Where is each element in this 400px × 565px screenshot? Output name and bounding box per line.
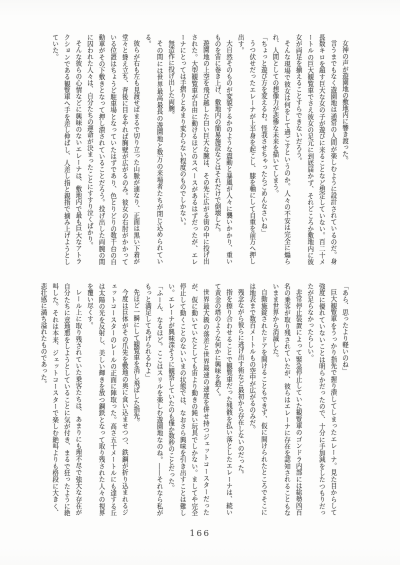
page-number: 166 <box>0 529 400 539</box>
paragraph: 女神の声が遊園地の敷地内に響き渡った。 <box>338 34 350 265</box>
paragraph: 非常停止装置によって緊急停止していた観覧車のゴンドラ内部には総勢四百名の乗客が取… <box>269 283 304 516</box>
paragraph: レール上に取り残されていた乗客たちは、あまりにも理不尽で強大な存在が自分たちに意… <box>37 283 83 516</box>
paragraph: 今度は巨体がその爪先を敷地の奥に食い込ませつつ、鉄鋼が折り込まれるジェットコース… <box>83 283 129 516</box>
paragraph: 大自然そのものが変貌するかのような震動と暴風が人々に襲いかかり、重いものを宙に巻… <box>211 34 234 265</box>
text-block-lower: 「あら、思ったより軽いのね」巨大観覧車をうっかり指先で握り潰してしまったエレーナ… <box>34 283 350 516</box>
paragraph: そんな彼らの心情などに興味のないエレーナは、敷地内で最も巨大なアトラクションであ… <box>49 34 84 265</box>
paragraph: 残念ながら彼らに逃げ出す術など最初から存在しないのだった。 <box>234 283 246 516</box>
paragraph: 遊園地の上空を飛び越した白い巨大な腕は、その先に広がる街の中に投げ出された。大型… <box>176 34 211 265</box>
dialogue-paragraph: 「ちょっと遊び方を変えるわ。怪我させちゃったらごめんなさいね」 <box>257 34 269 265</box>
paragraph: そんな現場で彼女は何をして過ごすというのか。人々の不安は完全に煽られ、人間として… <box>269 34 292 265</box>
dialogue-paragraph: 「ふーん、なるほど。ここはスリルを楽しむ遊園地なのね。――それなら私がもっと満足… <box>141 283 164 516</box>
paragraph: 言うまでもなく遊園地は通常の人間が楽しむように設計されているのだ。身長数キロを超… <box>292 34 338 265</box>
paragraph: 彼らが右も左も見渡せばまるで切り立った山脈が連なり、正面は黒い下着が堂々と聳え立… <box>83 34 141 265</box>
paragraph: その間には世界最高最長の遊園地と数万の来場者たちが閉じ込められている。 <box>141 34 164 265</box>
paragraph: 世界最大級の落差と世界最速の速度を併せ持つジェットコースターだったが、仮に動いて… <box>165 283 211 516</box>
paragraph: 自動施錠されたドアを開けることもできず、仮に開けられたところでそこには地表まで数… <box>246 283 269 516</box>
paragraph: 巨大観覧車をうっかり指先で握り潰してしまったエレーナ。見た目からして強度に優れて… <box>304 283 339 516</box>
paragraph: 先ほど一瞬にして観覧車を消し飛ばした指先。 <box>130 283 142 516</box>
paragraph: 指を擦り合わせることで観覧車だった残骸を払い落としたエレーナは、続いて黄金の塔の… <box>211 283 234 516</box>
text-block-upper: 女神の声が遊園地の敷地内に響き渡った。言うまでもなく遊園地は通常の人間が楽しむよ… <box>34 34 350 265</box>
dialogue-paragraph: 「あら、思ったより軽いのね」 <box>338 283 350 516</box>
scanned-book-page: 女神の声が遊園地の敷地内に響き渡った。言うまでもなく遊園地は通常の人間が楽しむよ… <box>0 0 400 565</box>
paragraph: うつ伏せだったエレーナが上半身を起こし、膝を軸にして自重を前方へ押し出す。 <box>234 34 257 265</box>
paragraph: 無造作に投げ出した両腕。 <box>165 34 177 265</box>
